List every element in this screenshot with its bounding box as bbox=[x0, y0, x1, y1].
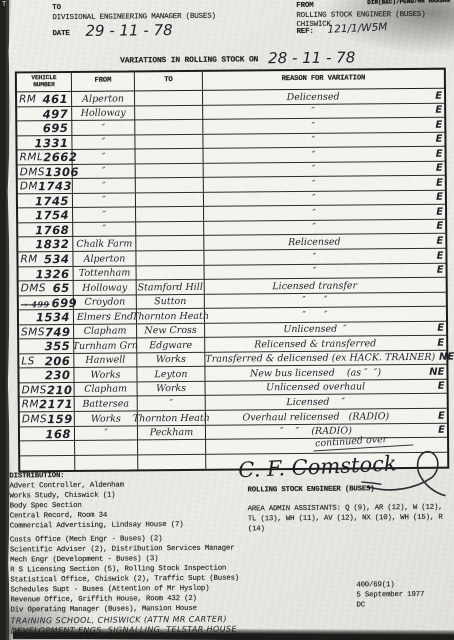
vehicle-prefix: SMS bbox=[21, 326, 45, 338]
status-letter: E bbox=[423, 119, 442, 130]
to-cell: New Cross bbox=[137, 324, 205, 339]
reason-cell: ″ E bbox=[203, 103, 444, 119]
reason-text: Licensed transfer bbox=[205, 279, 425, 292]
status-letter: E bbox=[424, 163, 443, 174]
vehicle-prefix: DM bbox=[20, 181, 38, 193]
to-cell: Works bbox=[138, 382, 206, 397]
to-cell bbox=[135, 105, 203, 120]
from-cell: ″ bbox=[72, 135, 135, 150]
vehicle-prefix: DMS bbox=[20, 166, 45, 178]
vehicle-cell: 1326 bbox=[19, 267, 74, 281]
vehicle-cell: RM 534 bbox=[18, 252, 73, 266]
vehicle-number: 534 bbox=[44, 252, 70, 266]
struck-number: → 499 bbox=[21, 299, 50, 309]
reason-cell: ″ E bbox=[203, 118, 444, 134]
reason-text: Unlicensed overhaul bbox=[206, 381, 426, 394]
from-cell: Battersea bbox=[75, 397, 138, 412]
status-letter: E bbox=[424, 177, 443, 188]
to-cell: ″ bbox=[138, 396, 206, 411]
status-letter: E bbox=[424, 207, 443, 218]
date-label: DATE bbox=[52, 30, 69, 40]
vehicle-cell: 1534 bbox=[19, 310, 74, 324]
reason-cell: Unlicensed ″ E bbox=[205, 321, 446, 337]
from-cell: Chalk Farm bbox=[73, 237, 136, 252]
from-cell: Clapham bbox=[75, 382, 138, 397]
vehicle-number: 497 bbox=[43, 107, 69, 121]
page-title: VARIATIONS IN ROLLING STOCK ON 28 - 11 -… bbox=[38, 46, 438, 67]
status-letter: E bbox=[424, 192, 443, 203]
to-cell bbox=[138, 454, 206, 469]
status-letter: E bbox=[425, 338, 444, 349]
to-block: TO DIVISIONAL ENGINEERING MANAGER (BUSES… bbox=[52, 3, 216, 23]
from-cell: Clapham bbox=[74, 324, 137, 339]
vehicle-prefix: DMS bbox=[22, 413, 47, 425]
signature-title: ROLLING STOCK ENGINEER (BUSES) bbox=[247, 485, 374, 496]
vehicle-prefix: RML bbox=[20, 151, 44, 163]
vehicle-cell: 695 bbox=[17, 121, 72, 135]
reason-cell: ″ E bbox=[204, 205, 445, 221]
reason-cell: ″ ″ bbox=[205, 292, 446, 308]
to-cell bbox=[137, 265, 205, 280]
vehicle-cell: 1754 bbox=[18, 208, 73, 222]
status-letter: E bbox=[423, 90, 442, 101]
vehicle-number: 168 bbox=[45, 427, 71, 441]
vehicle-number: 1768 bbox=[35, 223, 69, 237]
vehicle-cell bbox=[20, 456, 75, 471]
title-text: VARIATIONS IN ROLLING STOCK ON bbox=[120, 55, 258, 66]
from-cell: Tottenham bbox=[74, 266, 137, 281]
status-letter: E bbox=[426, 410, 445, 421]
reason-cell: New bus licensed (as ″ ″) NE bbox=[205, 365, 446, 381]
reason-cell: Transferred & delicensed (ex HACK. TRAIN… bbox=[205, 350, 454, 366]
vehicle-cell: DMS 159 bbox=[20, 412, 75, 426]
vehicle-number: 695 bbox=[43, 121, 69, 135]
reason-text: ″ ″ bbox=[205, 294, 425, 307]
from-cell: ″ bbox=[73, 222, 136, 237]
status-letter: E bbox=[424, 221, 443, 232]
vehicle-number: 159 bbox=[47, 412, 73, 426]
from-cell: ″ bbox=[73, 164, 136, 179]
reference-block: 400/69(1) 5 September 1977 DC bbox=[356, 580, 424, 611]
reason-cell: ″ E bbox=[204, 191, 445, 207]
scan-bottom-band bbox=[13, 628, 454, 640]
vehicle-number: 1832 bbox=[35, 237, 69, 251]
vehicle-cell: DMS 65 bbox=[19, 281, 74, 295]
vehicle-cell: RM 461 bbox=[17, 92, 72, 106]
header-from: FROM bbox=[72, 72, 135, 91]
vehicle-number: 461 bbox=[42, 92, 68, 106]
vehicle-cell: RML 2662 bbox=[18, 150, 73, 164]
distribution-group-1: Advert Controller, Aldenham Works Study,… bbox=[9, 480, 238, 532]
to-cell bbox=[135, 120, 203, 135]
vehicle-number: 1743 bbox=[38, 179, 72, 193]
distribution-line: Commercial Advertising, Lindsay House (7… bbox=[10, 520, 239, 532]
status-letter: E bbox=[423, 105, 442, 116]
reason-text: ″ bbox=[204, 149, 424, 162]
vehicle-number: 1745 bbox=[35, 194, 69, 208]
reason-text: ″ bbox=[204, 207, 424, 220]
from-cell bbox=[75, 441, 138, 455]
vehicle-cell: 168 bbox=[20, 427, 75, 441]
vehicle-cell: SMS 749 bbox=[19, 325, 74, 339]
vehicle-number: 210 bbox=[47, 383, 73, 397]
reference-line: DC bbox=[356, 600, 424, 611]
vehicle-number: 1534 bbox=[36, 310, 70, 324]
vehicle-prefix: LS bbox=[21, 355, 35, 367]
reason-text: ″ bbox=[204, 221, 424, 234]
from-cell: Works bbox=[75, 411, 138, 426]
header-vehicle-number: VEHICLE NUMBER bbox=[17, 73, 72, 91]
vehicle-prefix: RM bbox=[19, 93, 36, 105]
vehicle-cell: DMS 1306 bbox=[18, 165, 73, 179]
ref-value-handwritten: 121/1/W5M bbox=[327, 21, 387, 36]
ref-label: REF: bbox=[296, 28, 313, 38]
vehicle-number: → 499699 bbox=[21, 296, 77, 310]
status-letter: E bbox=[425, 323, 444, 334]
from-cell: Turnham Grn bbox=[74, 339, 137, 354]
vehicle-cell: 355 bbox=[19, 339, 74, 353]
vehicle-number: 1326 bbox=[36, 267, 70, 281]
vehicle-number: 749 bbox=[45, 325, 71, 339]
from-cell: Alperton bbox=[72, 91, 135, 106]
status-letter: E bbox=[424, 148, 443, 159]
status-letter: E bbox=[423, 134, 442, 145]
from-cell bbox=[75, 455, 138, 470]
reason-cell: Licensed transfer bbox=[205, 278, 446, 294]
vehicle-cell: → 499699 bbox=[19, 296, 74, 310]
reason-cell: ″ E bbox=[204, 176, 445, 192]
reason-cell: ″ E bbox=[204, 161, 445, 177]
vehicle-cell: LS 206 bbox=[19, 354, 74, 368]
reason-cell: ″ E bbox=[204, 249, 445, 265]
reference-line: 400/69(1) bbox=[356, 580, 424, 591]
status-letter: E bbox=[424, 236, 443, 247]
vehicle-prefix: DMS bbox=[22, 384, 47, 396]
vehicle-number: 355 bbox=[45, 339, 71, 353]
reason-text: Relicensed & transferred bbox=[205, 338, 425, 351]
reason-text: ″ bbox=[203, 134, 423, 147]
reason-cell: Relicensed E bbox=[204, 234, 445, 250]
to-cell bbox=[136, 207, 204, 222]
reason-cell: ″ ″ bbox=[205, 307, 446, 323]
to-cell: Leyton bbox=[137, 367, 205, 382]
status-letter: E bbox=[425, 265, 444, 276]
reason-cell: Relicensed & transferred E bbox=[205, 336, 446, 352]
distribution-line: Div Operating Manager (Buses), Mansion H… bbox=[10, 604, 239, 616]
to-cell: Peckham bbox=[138, 425, 206, 440]
to-cell bbox=[136, 193, 204, 208]
to-cell bbox=[136, 236, 204, 251]
from-cell: Elmers End bbox=[74, 310, 137, 325]
reason-text: ″ bbox=[205, 265, 425, 278]
from-cell: ″ bbox=[73, 179, 136, 194]
from-cell: ″ bbox=[73, 150, 136, 165]
vehicle-number: 206 bbox=[45, 354, 71, 368]
vehicle-cell: RM 2171 bbox=[20, 397, 75, 411]
rolling-stock-table: VEHICLE NUMBER FROM TO REASON FOR VARIAT… bbox=[15, 68, 449, 473]
from-cell: Croydon bbox=[74, 295, 137, 310]
vehicle-number: 65 bbox=[53, 281, 70, 295]
status-letter: E bbox=[426, 381, 445, 392]
reason-cell: Unlicensed overhaul E bbox=[206, 380, 447, 396]
from-value-line1: ROLLING STOCK ENGINEER (BUSES) bbox=[296, 10, 425, 21]
from-cell: Works bbox=[74, 368, 137, 383]
distribution-group-2: Costs Office (Mech Engr - Buses) (2) Sci… bbox=[10, 534, 239, 616]
vehicle-cell: 1745 bbox=[18, 194, 73, 208]
from-cell: Holloway bbox=[72, 106, 135, 121]
vehicle-prefix: DMS bbox=[21, 282, 46, 294]
to-cell: Works bbox=[137, 353, 205, 368]
vehicle-number: 2171 bbox=[39, 397, 73, 411]
status-letter: NE bbox=[435, 352, 454, 363]
from-cell: Hanwell bbox=[74, 353, 137, 368]
reason-text: ″ bbox=[203, 105, 423, 118]
signature-flourish bbox=[361, 448, 451, 499]
to-cell bbox=[136, 222, 204, 237]
to-cell: Sutton bbox=[137, 294, 205, 309]
vehicle-cell: 497 bbox=[17, 106, 72, 120]
reason-text: Transferred & delicensed (ex HACK. TRAIN… bbox=[205, 352, 435, 365]
reason-cell: ″ E bbox=[204, 220, 445, 236]
reason-text: ″ bbox=[203, 119, 423, 132]
reason-cell: Delicensed E bbox=[203, 89, 444, 105]
status-letter: NE bbox=[425, 367, 444, 378]
from-cell: ″ bbox=[72, 120, 135, 135]
vehicle-prefix: RM bbox=[20, 253, 37, 265]
area-admin-assistants-note: AREA ADMIN ASSISTANTS: Q (9), AR (12), W… bbox=[248, 504, 452, 535]
reason-text: ″ bbox=[204, 163, 424, 176]
reason-text: Licensed ″ bbox=[206, 396, 426, 409]
vehicle-cell: DMS 210 bbox=[20, 383, 75, 397]
reason-text: Relicensed bbox=[204, 236, 424, 249]
status-letter: E bbox=[424, 250, 443, 261]
reason-text: Overhaul relicensed (RADIO) bbox=[206, 410, 426, 423]
reason-cell: ″ E bbox=[203, 132, 444, 148]
reason-text: Delicensed bbox=[203, 90, 423, 103]
to-cell bbox=[138, 440, 206, 454]
to-cell: Stamford Hill bbox=[137, 280, 205, 295]
from-cell: Holloway bbox=[74, 281, 137, 296]
reason-text: ″ bbox=[204, 250, 424, 263]
to-cell bbox=[136, 178, 204, 193]
from-cell: ″ bbox=[73, 193, 136, 208]
reason-cell: ″ E bbox=[204, 147, 445, 163]
reason-text: Unlicensed ″ bbox=[205, 323, 425, 336]
from-cell: ″ bbox=[75, 426, 138, 441]
title-date-handwritten: 28 - 11 - 78 bbox=[268, 48, 355, 67]
from-cell: Alperton bbox=[73, 251, 136, 266]
reason-cell: Licensed ″ bbox=[206, 394, 447, 410]
reason-text: ″ bbox=[204, 178, 424, 191]
reference-line: 5 September 1977 bbox=[356, 590, 424, 601]
vehicle-cell: 1331 bbox=[17, 136, 72, 150]
reason-text: ″ ″ bbox=[205, 309, 425, 322]
to-cell bbox=[136, 251, 204, 266]
vehicle-cell: 1768 bbox=[18, 223, 73, 237]
to-cell bbox=[136, 164, 204, 179]
to-cell: Thornton Heath bbox=[138, 411, 206, 426]
vehicle-number: 230 bbox=[45, 368, 71, 382]
vehicle-cell: 230 bbox=[19, 368, 74, 382]
table-body: RM 461 Alperton Delicensed E 497 Hollowa… bbox=[17, 89, 447, 471]
to-cell: Thornton Heath bbox=[137, 309, 205, 324]
header-to: TO bbox=[135, 72, 203, 91]
vehicle-cell: 1832 bbox=[18, 237, 73, 251]
reason-cell: Overhaul relicensed (RADIO) E bbox=[206, 409, 447, 425]
to-cell: Edgware bbox=[137, 338, 205, 353]
reason-text: New bus licensed (as ″ ″) bbox=[205, 367, 425, 380]
reason-text: ″ bbox=[204, 192, 424, 205]
vehicle-number: 1331 bbox=[34, 136, 68, 150]
vehicle-number: 1754 bbox=[35, 208, 69, 222]
reason-cell: ″ E bbox=[205, 263, 446, 279]
date-value-handwritten: 29 - 11 - 78 bbox=[85, 21, 172, 40]
status-letter: E bbox=[426, 425, 445, 436]
vehicle-cell: DM 1743 bbox=[18, 179, 73, 193]
scanned-memo-page: TO DIVISIONAL ENGINEERING MANAGER (BUSES… bbox=[0, 0, 454, 640]
distribution-list: DISTRIBUTION: Advert Controller, Aldenha… bbox=[9, 470, 239, 637]
vehicle-prefix: RM bbox=[22, 399, 39, 411]
to-cell bbox=[135, 134, 203, 149]
header-reason: REASON FOR VARIATION bbox=[203, 70, 444, 90]
to-cell bbox=[135, 91, 203, 106]
vehicle-cell bbox=[20, 441, 75, 455]
to-cell bbox=[136, 149, 204, 164]
from-cell: ″ bbox=[73, 208, 136, 223]
